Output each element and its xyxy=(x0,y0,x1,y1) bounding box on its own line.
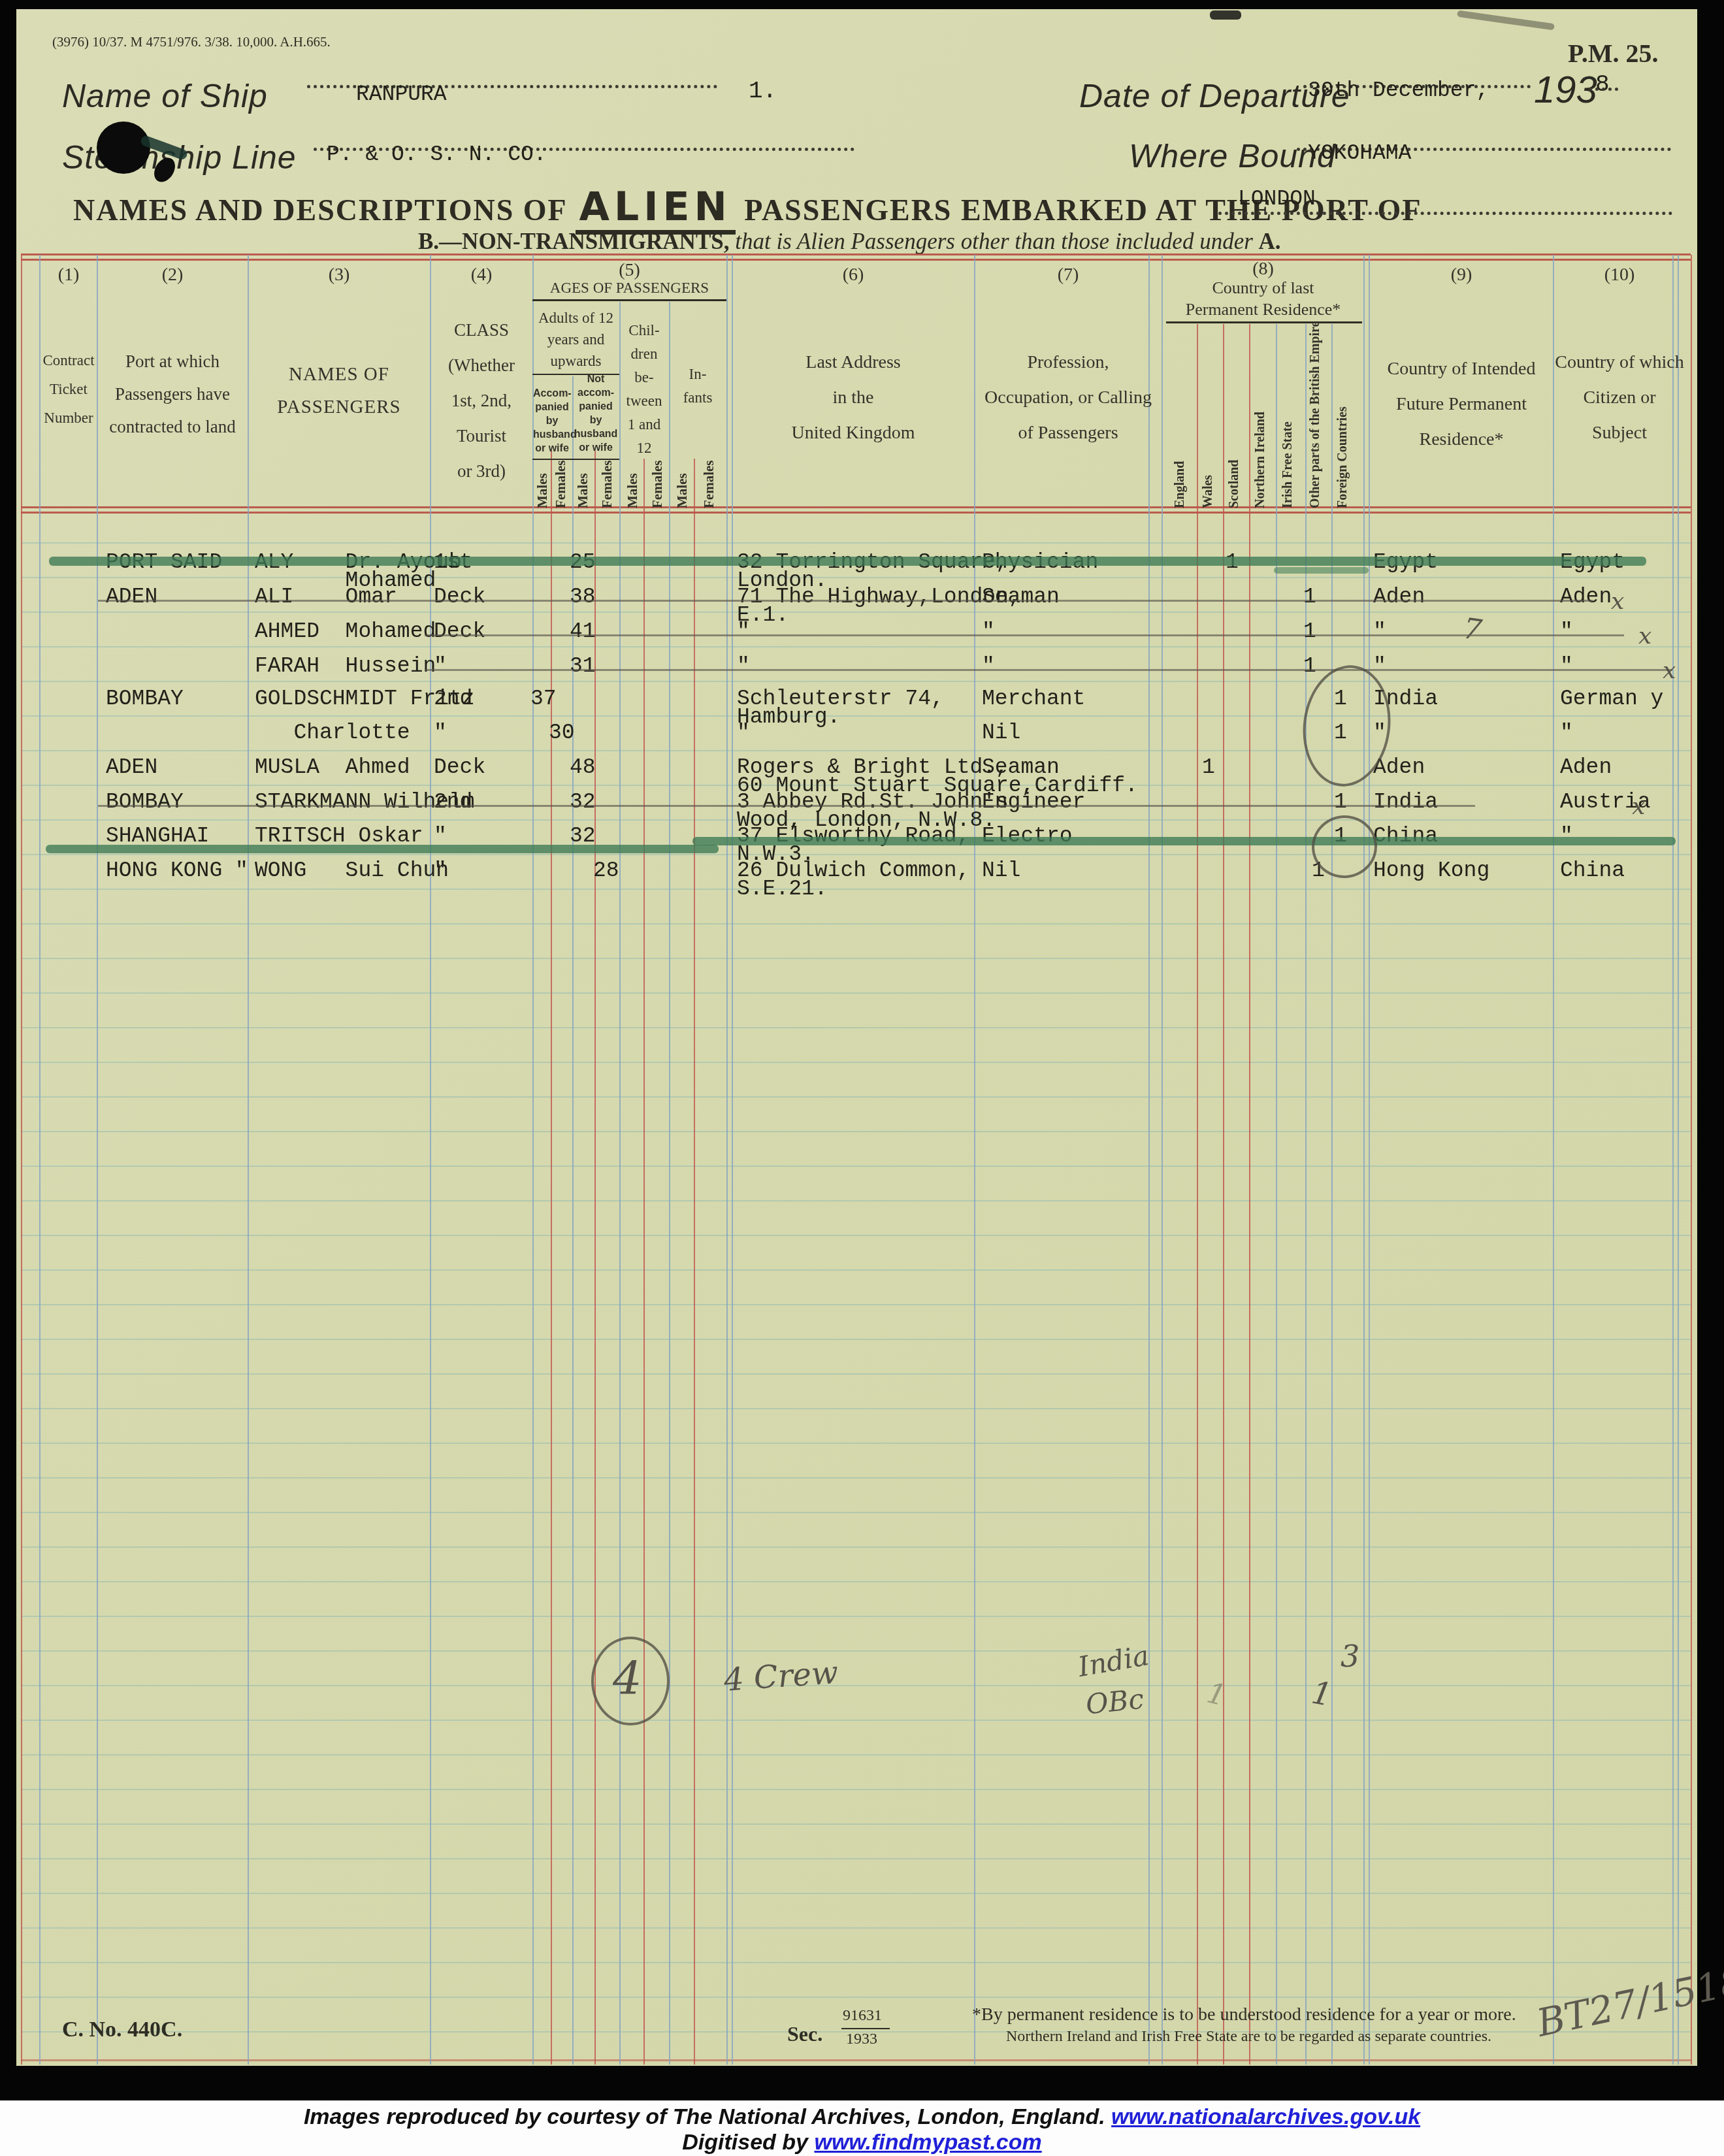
cell-age: 30 xyxy=(549,722,575,743)
year-typed: 8 xyxy=(1595,73,1610,97)
cell-address-line2: S.E.21. xyxy=(737,878,828,900)
year-printed: 193 xyxy=(1534,68,1597,112)
cell-port: ADEN xyxy=(106,757,157,778)
table-rule xyxy=(21,506,1691,508)
green-strikethrough xyxy=(692,837,1676,845)
table-rule xyxy=(21,512,1691,514)
ruled-line xyxy=(21,1269,1691,1271)
col-number-10: (10) xyxy=(1554,265,1685,286)
cell-name: TRITSCH Oskar xyxy=(255,825,423,847)
vertical-label-northern-ireland: Northern Ireland xyxy=(1253,412,1268,508)
cell-nationality: Aden xyxy=(1560,586,1612,608)
vertical-label-irish-free-state: Irish Free State xyxy=(1280,421,1295,508)
cell-residence-mark: 1 xyxy=(1334,791,1347,813)
departure-date-value: 30th December, xyxy=(1308,80,1489,101)
findmypast-link[interactable]: www.findmypast.com xyxy=(814,2130,1041,2155)
cell-class: 2nd xyxy=(434,791,472,813)
cell-class: 2nd xyxy=(434,688,472,710)
cell-profession: Nil xyxy=(982,860,1020,881)
cell-name: ALI Omar xyxy=(255,586,397,608)
cell-name: WONG Sui Chun xyxy=(255,860,449,881)
column-line xyxy=(732,255,733,2065)
cell-address: " xyxy=(737,621,750,642)
column-line xyxy=(1363,255,1365,2065)
vertical-label-other-british-empire: Other parts of the British Empire xyxy=(1308,321,1323,508)
vertical-label-males: Males xyxy=(534,473,551,508)
header-ages-title: AGES OF PASSENGERS xyxy=(532,280,726,297)
ruled-line xyxy=(21,1720,1691,1721)
ruled-line xyxy=(21,542,1691,544)
vertical-label-females: Females xyxy=(553,461,569,508)
cell-name: Charlotte xyxy=(255,722,410,743)
header-last-address: Last Address in the United Kingdom xyxy=(733,345,973,451)
header-adults: Adults of 12 years and upwards xyxy=(532,307,619,372)
plate-number: (3976) 10/37. M 4751/976. 3/38. 10,000. … xyxy=(52,34,331,50)
caption-line2: Digitised by xyxy=(682,2130,808,2155)
cell-age: 31 xyxy=(570,655,596,677)
cell-profession: Seaman xyxy=(982,586,1060,608)
scanned-document-page: (3976) 10/37. M 4751/976. 3/38. 10,000. … xyxy=(0,0,1724,2156)
header-country-intended: Country of Intended Future Permanent Res… xyxy=(1370,351,1553,457)
green-strikethrough xyxy=(46,845,719,853)
national-archives-link[interactable]: www.nationalarchives.gov.uk xyxy=(1111,2104,1420,2129)
pencil-x-mark: x xyxy=(1611,588,1624,615)
cell-address: " xyxy=(737,655,750,677)
vertical-label-males: Males xyxy=(575,473,591,508)
green-strikethrough xyxy=(49,557,1646,566)
subtitle-italic: that is Alien Passengers other than thos… xyxy=(729,229,1258,254)
cell-profession: " xyxy=(982,655,995,677)
caption-line1: Images reproduced by courtesy of The Nat… xyxy=(304,2104,1105,2129)
cell-residence-mark: 1 xyxy=(1303,621,1316,642)
ruled-line xyxy=(21,1512,1691,1513)
cell-class: Deck xyxy=(434,621,485,642)
ruled-line xyxy=(21,1373,1691,1375)
cell-future-residence: Aden xyxy=(1373,586,1425,608)
cell-name: MUSLA Ahmed xyxy=(255,757,410,778)
vertical-label-females: Females xyxy=(649,461,666,508)
handwritten-obc: OBc xyxy=(1084,1682,1145,1720)
column-line xyxy=(694,459,695,2065)
ruled-line xyxy=(21,1650,1691,1652)
cell-class: " xyxy=(434,860,447,881)
col-number-2: (2) xyxy=(98,265,247,286)
handwritten-count-3: 3 xyxy=(1341,1639,1359,1674)
cell-name: AHMED Mohamed xyxy=(255,621,436,642)
column-line xyxy=(974,255,975,2065)
cell-age: 41 xyxy=(570,621,596,642)
vertical-label-england: England xyxy=(1173,461,1188,508)
col-number-4: (4) xyxy=(431,265,532,286)
cell-nationality: Aden xyxy=(1560,757,1612,778)
ruled-line xyxy=(21,1408,1691,1409)
footer-sec-label: Sec. xyxy=(787,2022,822,2046)
ruled-line xyxy=(21,1339,1691,1340)
header-underline xyxy=(1166,321,1362,323)
footer-c-no: C. No. 440C. xyxy=(62,2017,182,2042)
cell-age: 48 xyxy=(570,757,596,778)
cell-address: " xyxy=(737,722,750,743)
cell-future-residence: India xyxy=(1373,791,1438,813)
title-pre: NAMES AND DESCRIPTIONS OF xyxy=(73,193,566,227)
column-line xyxy=(1197,324,1198,2065)
header-infants: In- fants xyxy=(670,363,725,410)
ruled-line xyxy=(21,612,1691,613)
vertical-label-foreign-countries: Foreign Countries xyxy=(1335,406,1350,508)
column-line xyxy=(1678,255,1679,2065)
edge-smudge xyxy=(1210,10,1241,20)
vertical-label-females: Females xyxy=(599,461,615,508)
cell-class: Deck xyxy=(434,757,485,778)
header-class: CLASS (Whether 1st, 2nd, Tourist or 3rd) xyxy=(431,312,532,489)
cell-age: 32 xyxy=(570,825,596,847)
ruled-line xyxy=(21,1027,1691,1028)
fraction-bar xyxy=(841,2028,890,2029)
column-line xyxy=(532,255,534,2065)
vertical-label-scotland: Scotland xyxy=(1227,460,1242,508)
green-strikethrough-blob xyxy=(1274,567,1369,574)
cell-residence-mark: 1 xyxy=(1303,586,1316,608)
cell-nationality: German y xyxy=(1560,688,1663,710)
ship-name-value: RANPURA xyxy=(356,84,447,105)
ruled-line xyxy=(21,1823,1691,1825)
cell-future-residence: Hong Kong xyxy=(1373,860,1489,881)
column-line xyxy=(97,255,98,2065)
pencil-strikethrough xyxy=(425,634,1624,636)
ruled-line xyxy=(21,1131,1691,1132)
pencil-x-mark: x xyxy=(1638,623,1651,649)
cell-future-residence: " xyxy=(1373,655,1386,677)
handwritten-total: 4 xyxy=(613,1652,642,1705)
header-country-citizen: Country of which Citizen or Subject xyxy=(1554,345,1685,451)
dotted-line xyxy=(1218,212,1672,215)
subtitle-bold: —NON-TRANSMIGRANTS, xyxy=(439,229,729,254)
ruled-line xyxy=(21,1685,1691,1686)
cell-age: 37 xyxy=(530,688,557,710)
cell-age: 38 xyxy=(570,586,596,608)
cell-age: 32 xyxy=(570,791,596,813)
ruled-line xyxy=(21,1616,1691,1617)
cell-port: SHANGHAI xyxy=(106,825,209,847)
cell-profession: Merchant xyxy=(982,688,1085,710)
ruled-line xyxy=(21,1546,1691,1548)
col-number-7: (7) xyxy=(975,265,1161,286)
cell-nationality: " xyxy=(1560,722,1573,743)
cell-nationality: " xyxy=(1560,655,1573,677)
cell-profession: Nil xyxy=(982,722,1020,743)
col-number-3: (3) xyxy=(249,265,429,286)
cell-port: BOMBAY xyxy=(106,791,184,813)
header-names: NAMES OF PASSENGERS xyxy=(249,358,429,423)
name-of-ship-label: Name of Ship xyxy=(62,77,268,115)
column-line xyxy=(1148,255,1150,2065)
column-line xyxy=(1331,324,1333,2065)
header-children: Chil- dren be- tween 1 and 12 xyxy=(621,319,668,460)
footer-sec-numerator: 91631 xyxy=(843,2007,882,2025)
archive-caption: Images reproduced by courtesy of The Nat… xyxy=(0,2100,1724,2156)
ink-blob xyxy=(97,122,150,174)
cell-nationality: China xyxy=(1560,860,1625,881)
port-of-embarkation-value: LONDON xyxy=(1238,188,1316,210)
column-line xyxy=(594,451,596,2065)
cell-class: " xyxy=(434,825,447,847)
header-underline xyxy=(532,299,726,301)
subtitle-a: A. xyxy=(1259,229,1281,254)
cell-age: 28 xyxy=(593,860,619,881)
ruled-line xyxy=(21,1754,1691,1756)
column-line xyxy=(1691,255,1692,2065)
ruled-line xyxy=(21,1997,1691,1998)
vertical-label-wales: Wales xyxy=(1201,475,1216,508)
ruled-line xyxy=(21,1096,1691,1098)
cell-future-residence: Aden xyxy=(1373,757,1425,778)
ruled-line xyxy=(21,1200,1691,1201)
col-number-6: (6) xyxy=(733,265,973,286)
cell-profession: Engineer xyxy=(982,791,1085,813)
cell-port: ADEN xyxy=(106,586,157,608)
ruled-line xyxy=(21,646,1691,647)
column-line xyxy=(1672,255,1674,2065)
vertical-label-males: Males xyxy=(625,473,641,508)
column-line xyxy=(1369,255,1370,2065)
header-contract-ticket: Contract Ticket Number xyxy=(41,346,97,433)
column-line xyxy=(619,302,621,2065)
cell-port: BOMBAY xyxy=(106,688,184,710)
vertical-label-females: Females xyxy=(701,461,717,508)
table-rule xyxy=(21,259,1691,261)
ruled-line xyxy=(21,992,1691,994)
header-profession: Profession, Occupation, or Calling of Pa… xyxy=(975,345,1161,451)
column-line xyxy=(430,255,431,2065)
cell-address-line2: Hamburg. xyxy=(737,706,840,728)
column-line xyxy=(39,255,41,2065)
subtitle-b: B. xyxy=(418,229,439,254)
ruled-line xyxy=(21,854,1691,855)
cell-class: Deck xyxy=(434,586,485,608)
paper-background xyxy=(16,9,1697,2066)
cell-profession: Seaman xyxy=(982,757,1060,778)
column-line xyxy=(1162,255,1163,2065)
ruled-line xyxy=(21,750,1691,751)
title-post: PASSENGERS EMBARKED AT THE PORT OF xyxy=(744,193,1422,227)
ruled-line xyxy=(21,1581,1691,1582)
sheet-number: 1. xyxy=(749,80,777,103)
ruled-line xyxy=(21,1962,1691,1963)
header-country-last-residence: Country of last Permanent Residence* xyxy=(1164,277,1362,320)
ruled-line xyxy=(21,1789,1691,1790)
pencil-strikethrough xyxy=(425,669,1672,671)
cell-residence-mark: 1 xyxy=(1202,757,1215,778)
where-bound-label: Where Bound xyxy=(1129,137,1336,175)
footnote-line2: Northern Ireland and Irish Free State ar… xyxy=(1006,2028,1491,2046)
ruled-line xyxy=(21,1304,1691,1305)
cell-class: " xyxy=(434,655,447,677)
ruled-line xyxy=(21,1062,1691,1063)
ruled-line xyxy=(21,1858,1691,1859)
ruled-line xyxy=(21,1893,1691,1894)
ruled-line xyxy=(21,1927,1691,1929)
dotted-line xyxy=(1589,88,1618,91)
where-bound-value: YOKOHAMA xyxy=(1308,142,1411,164)
cell-future-residence: " xyxy=(1373,621,1386,642)
ruled-line xyxy=(21,1477,1691,1478)
ruled-line xyxy=(21,1166,1691,1167)
ruled-line xyxy=(21,1443,1691,1444)
column-line xyxy=(726,255,728,2065)
ruled-line xyxy=(21,889,1691,890)
cell-name: FARAH Hussein xyxy=(255,655,436,677)
column-line xyxy=(1553,255,1554,2065)
pencil-strikethrough xyxy=(98,805,1475,807)
col-number-5: (5) xyxy=(532,260,726,281)
cell-nationality: Austria xyxy=(1560,791,1651,813)
cell-profession: " xyxy=(982,621,995,642)
ruled-line xyxy=(21,715,1691,717)
cell-nationality: " xyxy=(1560,621,1573,642)
column-line xyxy=(643,459,645,2065)
header-port-contracted: Port at which Passengers have contracted… xyxy=(98,345,247,443)
title-alien: ALIEN xyxy=(576,184,736,235)
table-rule xyxy=(21,253,1691,255)
cell-residence-mark: 1 xyxy=(1303,655,1316,677)
footer-sec-denominator: 1933 xyxy=(846,2031,877,2048)
pencil-strikethrough xyxy=(98,600,1593,602)
vertical-label-males: Males xyxy=(674,473,691,508)
ruled-line xyxy=(21,1235,1691,1236)
column-line xyxy=(669,302,670,2065)
cell-port: HONG KONG " xyxy=(106,860,248,881)
ruled-line xyxy=(21,958,1691,959)
ruled-line xyxy=(21,923,1691,924)
column-line xyxy=(248,255,249,2065)
col-number-1: (1) xyxy=(41,265,97,286)
steamship-line-value: P. & O. S. N. CO. xyxy=(327,144,547,165)
col-number-9: (9) xyxy=(1370,265,1553,286)
cell-class: " xyxy=(434,722,447,743)
table-rule xyxy=(21,2059,1691,2061)
column-line xyxy=(1249,324,1250,2065)
header-not-accompanied: Not accom- panied by husband or wife xyxy=(574,372,618,455)
footnote-line1: *By permanent residence is to be underst… xyxy=(972,2004,1516,2025)
column-line xyxy=(1223,324,1224,2065)
header-accompanied: Accom- panied by husband or wife xyxy=(533,387,571,455)
column-line xyxy=(1276,324,1277,2065)
column-line xyxy=(21,255,22,2065)
ruled-line xyxy=(21,681,1691,682)
form-number: P.M. 25. xyxy=(1568,38,1659,69)
